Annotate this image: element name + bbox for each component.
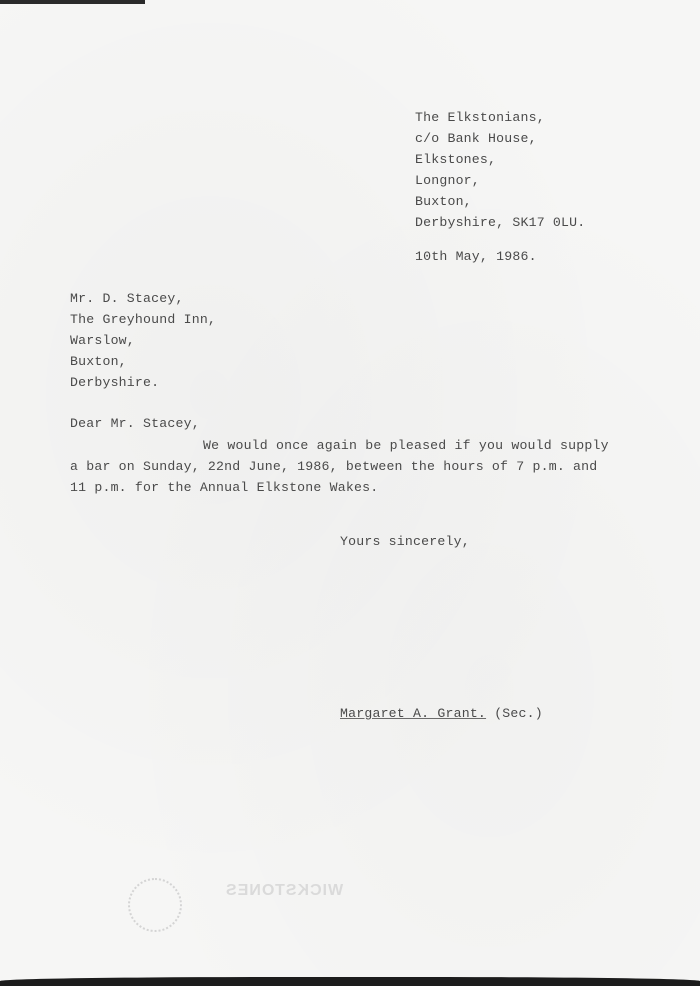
letter-page: The Elkstonians, c/o Bank House, Elkston… (0, 0, 700, 986)
recipient-address-line: Mr. D. Stacey, (70, 291, 184, 307)
sender-address-line: c/o Bank House, (415, 131, 537, 147)
signature-title: (Sec.) (494, 706, 543, 721)
salutation: Dear Mr. Stacey, (70, 416, 200, 432)
sender-address-line: Buxton, (415, 194, 472, 210)
recipient-address-line: The Greyhound Inn, (70, 312, 216, 328)
signature-name: Margaret A. Grant. (340, 706, 486, 721)
signature: Margaret A. Grant. (Sec.) (340, 706, 543, 722)
sender-address-line: The Elkstonians, (415, 110, 545, 126)
recipient-address-line: Warslow, (70, 333, 135, 349)
bleed-through-text: WICKSTONES (225, 882, 343, 900)
sender-address-line: Elkstones, (415, 152, 496, 168)
recipient-address-line: Buxton, (70, 354, 127, 370)
scan-bottom-edge (0, 977, 700, 986)
sender-address-line: Longnor, (415, 173, 480, 189)
recipient-address-line: Derbyshire. (70, 375, 159, 391)
body-line: We would once again be pleased if you wo… (203, 438, 609, 454)
closing: Yours sincerely, (340, 534, 470, 550)
body-line: 11 p.m. for the Annual Elkstone Wakes. (70, 480, 378, 496)
body-line: a bar on Sunday, 22nd June, 1986, betwee… (70, 459, 597, 475)
letter-date: 10th May, 1986. (415, 249, 537, 265)
scan-top-edge (0, 0, 145, 4)
faded-stamp (128, 878, 182, 932)
sender-address-line: Derbyshire, SK17 0LU. (415, 215, 585, 231)
